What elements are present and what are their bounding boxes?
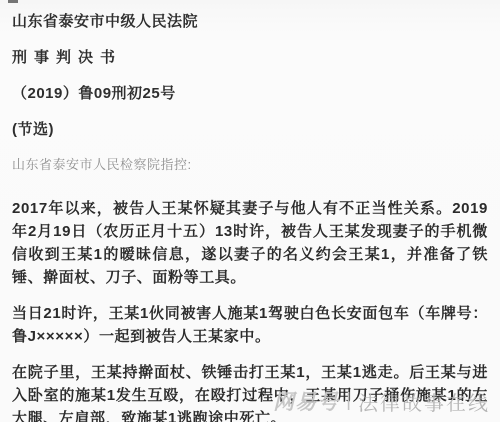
court-name: 山东省泰安市中级人民法院 (12, 14, 488, 29)
netease-hao-logo: 网易号 (273, 386, 339, 416)
watermark-channel-name: 法律故事在线 (358, 387, 490, 416)
prosecution-intro-line: 山东省泰安市人民检察院指控: (12, 158, 488, 171)
watermark-separator: | (346, 390, 351, 412)
excerpt-note: (节选) (12, 122, 488, 137)
document-type-title: 刑事判决书 (12, 50, 488, 65)
top-edge-crop-artifact (8, 0, 18, 3)
judgment-paragraph-1: 2017年以来，被告人王某怀疑其妻子与他人有不正当性关系。2019年2月19日（… (12, 197, 488, 289)
judgment-document-page: 山东省泰安市中级人民法院 刑事判决书 （2019）鲁09刑初25号 (节选) 山… (0, 0, 500, 422)
judgment-paragraph-2: 当日21时许，王某1伙同被害人施某1驾驶白色长安面包车（车牌号：鲁J×××××）… (12, 302, 488, 348)
case-number: （2019）鲁09刑初25号 (12, 86, 488, 101)
netease-watermark: 网易号 | 法律故事在线 (273, 386, 490, 416)
